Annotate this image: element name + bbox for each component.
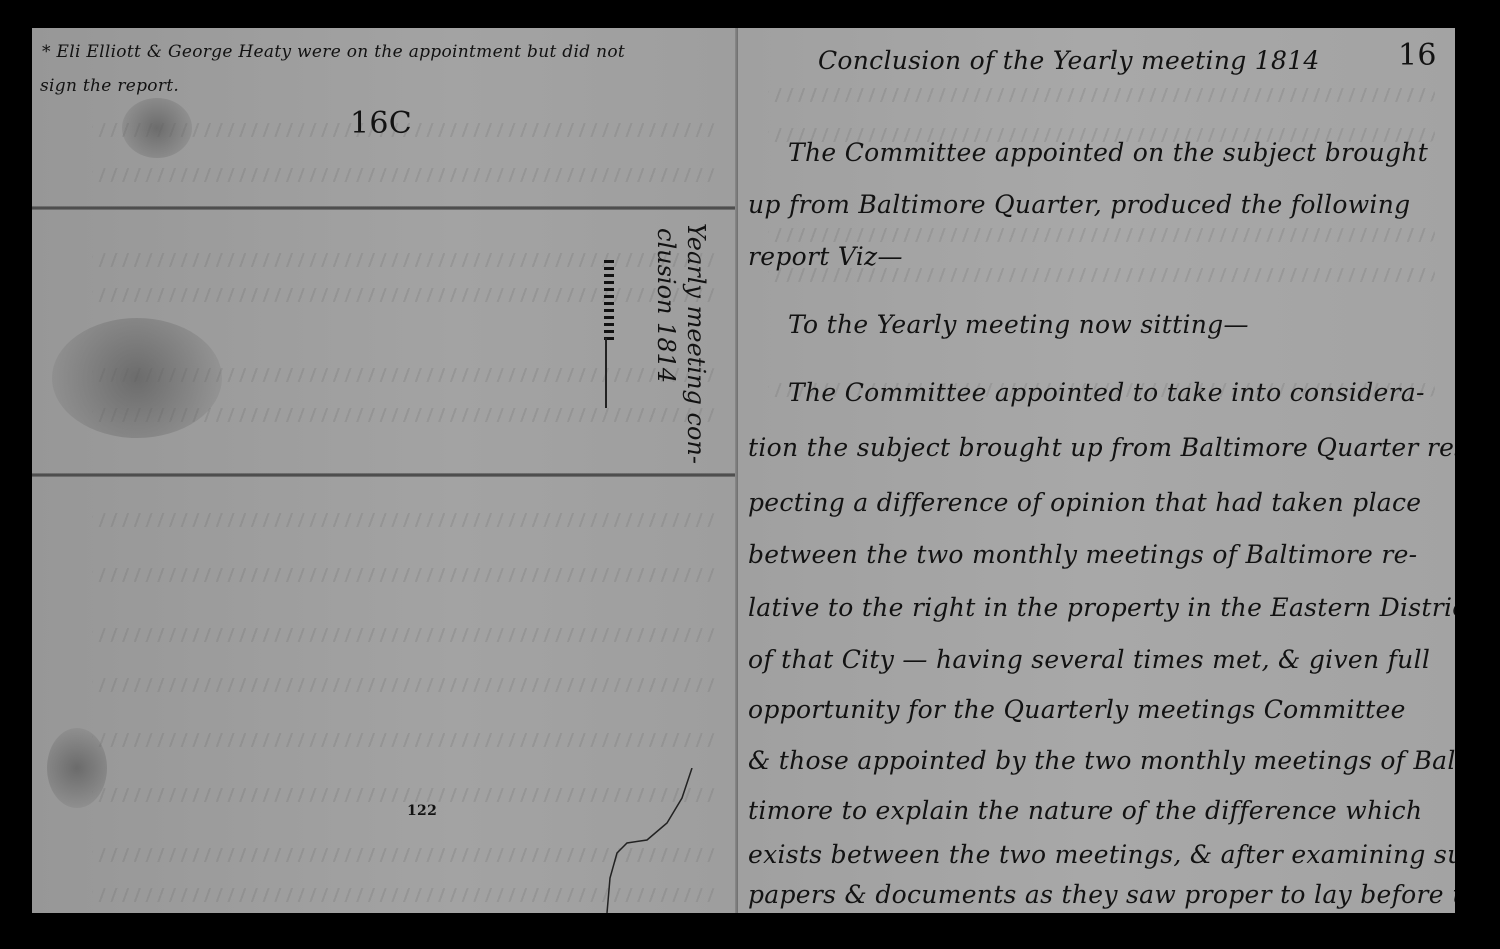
bleed-through-text [92, 628, 718, 642]
text-line: between the two monthly meetings of Balt… [748, 540, 1417, 569]
bleed-through-text [92, 253, 718, 267]
footnote-line: * Eli Elliott & George Heaty were on the… [42, 42, 625, 62]
text-line: & those appointed by the two monthly mee… [748, 746, 1455, 775]
bleed-through-text [768, 88, 1435, 102]
paper-fold-line [32, 206, 738, 210]
margin-note-vertical: clusion 1814 [652, 228, 680, 383]
bleed-through-text [92, 368, 718, 382]
text-line: of that City — having several times met,… [748, 645, 1430, 674]
paper-fold-line [32, 473, 738, 477]
text-line: The Committee appointed on the subject b… [788, 138, 1428, 167]
manuscript-scan: * Eli Elliott & George Heaty were on the… [32, 28, 1455, 913]
bleed-through-text [92, 513, 718, 527]
text-line: tion the subject brought up from Baltimo… [748, 433, 1455, 462]
page-heading: Conclusion of the Yearly meeting 1814 [818, 46, 1320, 75]
text-line: papers & documents as they saw proper to… [748, 880, 1455, 909]
folio-number: 16 [1398, 38, 1437, 73]
text-line: timore to explain the nature of the diff… [748, 796, 1422, 825]
text-line: pecting a difference of opinion that had… [748, 488, 1421, 517]
bleed-through-text [92, 288, 718, 302]
bleed-through-text [768, 228, 1435, 242]
footnote-line: sign the report. [40, 76, 179, 96]
margin-rule [605, 338, 607, 408]
left-page: * Eli Elliott & George Heaty were on the… [32, 28, 738, 913]
right-page: Conclusion of the Yearly meeting 1814 16… [738, 28, 1455, 913]
text-line: opportunity for the Quarterly meetings C… [748, 695, 1406, 724]
folio-mark: 16C [350, 106, 412, 141]
text-line: To the Yearly meeting now sitting— [788, 310, 1249, 339]
struck-out-text [604, 260, 614, 340]
bleed-through-text [92, 568, 718, 582]
margin-note-vertical: Yearly meeting con- [682, 223, 710, 464]
paper-tear [552, 768, 702, 913]
text-line: up from Baltimore Quarter, produced the … [748, 190, 1410, 219]
bleed-through-text [92, 168, 718, 182]
bleed-through-text [92, 408, 718, 422]
text-line: lative to the right in the property in t… [748, 593, 1455, 622]
text-line: report Viz— [748, 242, 903, 271]
text-line: The Committee appointed to take into con… [788, 378, 1425, 407]
faint-stamp: 122 [407, 803, 437, 819]
text-line: exists between the two meetings, & after… [748, 840, 1455, 869]
bleed-through-text [92, 678, 718, 692]
bleed-through-text [92, 733, 718, 747]
